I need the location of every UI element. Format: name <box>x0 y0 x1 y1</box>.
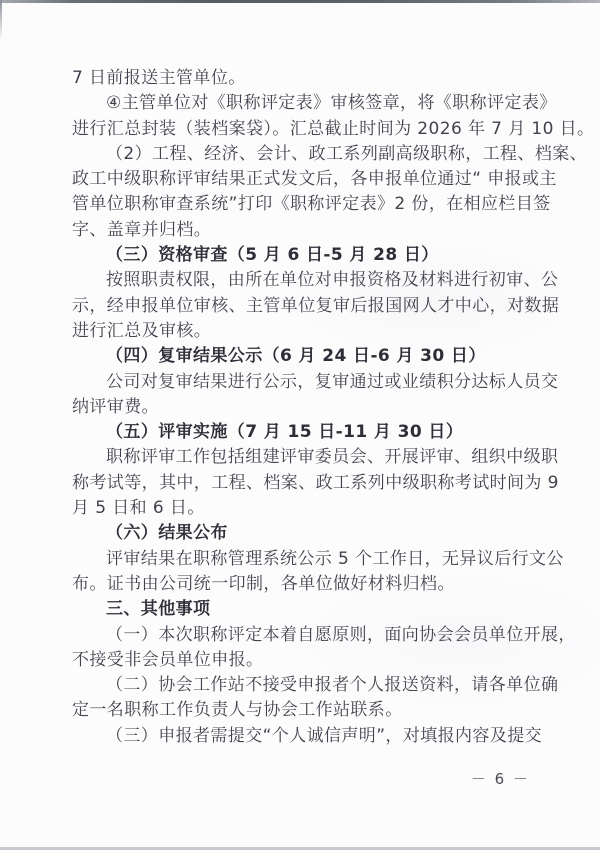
body-text-line: 月 5 日和 6 日。 <box>72 496 530 521</box>
section-heading: （六）结果公布 <box>72 521 530 546</box>
body-text-line: 管单位职称审查系统”打印《职称评定表》2 份，在相应栏目签 <box>72 192 530 217</box>
section-heading: （三）资格审查（5 月 6 日-5 月 28 日） <box>72 243 530 268</box>
scan-edge-left <box>0 0 2 40</box>
body-text-line: 纳评审费。 <box>72 395 530 420</box>
body-text-line: 7 日前报送主管单位。 <box>72 66 530 91</box>
body-text-line: 职称评审工作包括组建评审委员会、开展评审、组织中级职 <box>72 445 530 470</box>
page-number: － 6 － <box>0 768 530 789</box>
body-text-line: 公司对复审结果进行公示，复审通过或业绩积分达标人员交 <box>72 370 530 395</box>
body-text-line: ④主管单位对《职称评定表》审核签章，将《职称评定表》 <box>72 91 530 116</box>
body-text-line: 评审结果在职称管理系统公示 5 个工作日，无异议后行文公 <box>72 547 530 572</box>
body-text-line: （2）工程、经济、会计、政工系列副高级职称，工程、档案、 <box>72 142 530 167</box>
body-text-line: 示，经申报单位审核、主管单位复审后报国网人才中心，对数据 <box>72 294 530 319</box>
body-text-line: 不接受非会员单位申报。 <box>72 648 530 673</box>
body-text-line: 进行汇总及审核。 <box>72 319 530 344</box>
body-text-line: （二）协会工作站不接受申报者个人报送资料，请各单位确 <box>72 673 530 698</box>
section-heading: 三、其他事项 <box>72 597 530 622</box>
body-text-line: 布。证书由公司统一印制，各单位做好材料归档。 <box>72 572 530 597</box>
document-body: 7 日前报送主管单位。④主管单位对《职称评定表》审核签章，将《职称评定表》进行汇… <box>72 66 530 749</box>
body-text-line: 进行汇总封装（装档案袋）。汇总截止时间为 2026 年 7 月 10 日。 <box>72 117 530 142</box>
section-heading: （四）复审结果公示（6 月 24 日-6 月 30 日） <box>72 344 530 369</box>
document-page: 7 日前报送主管单位。④主管单位对《职称评定表》审核签章，将《职称评定表》进行汇… <box>0 0 600 850</box>
section-heading: （五）评审实施（7 月 15 日-11 月 30 日） <box>72 420 530 445</box>
body-text-line: （三）申报者需提交“个人诚信声明”，对填报内容及提交 <box>72 724 530 749</box>
body-text-line: 称考试等，其中，工程、档案、政工系列中级职称考试时间为 9 <box>72 471 530 496</box>
body-text-line: 按照职责权限，由所在单位对申报资格及材料进行初审、公 <box>72 268 530 293</box>
body-text-line: 定一名职称工作负责人与协会工作站联系。 <box>72 698 530 723</box>
body-text-line: （一）本次职称评定本着自愿原则，面向协会会员单位开展， <box>72 623 530 648</box>
body-text-line: 字、盖章并归档。 <box>72 218 530 243</box>
scan-edge-top <box>0 0 600 3</box>
body-text-line: 政工中级职称评审结果正式发文后，各申报单位通过“ 申报或主 <box>72 167 530 192</box>
